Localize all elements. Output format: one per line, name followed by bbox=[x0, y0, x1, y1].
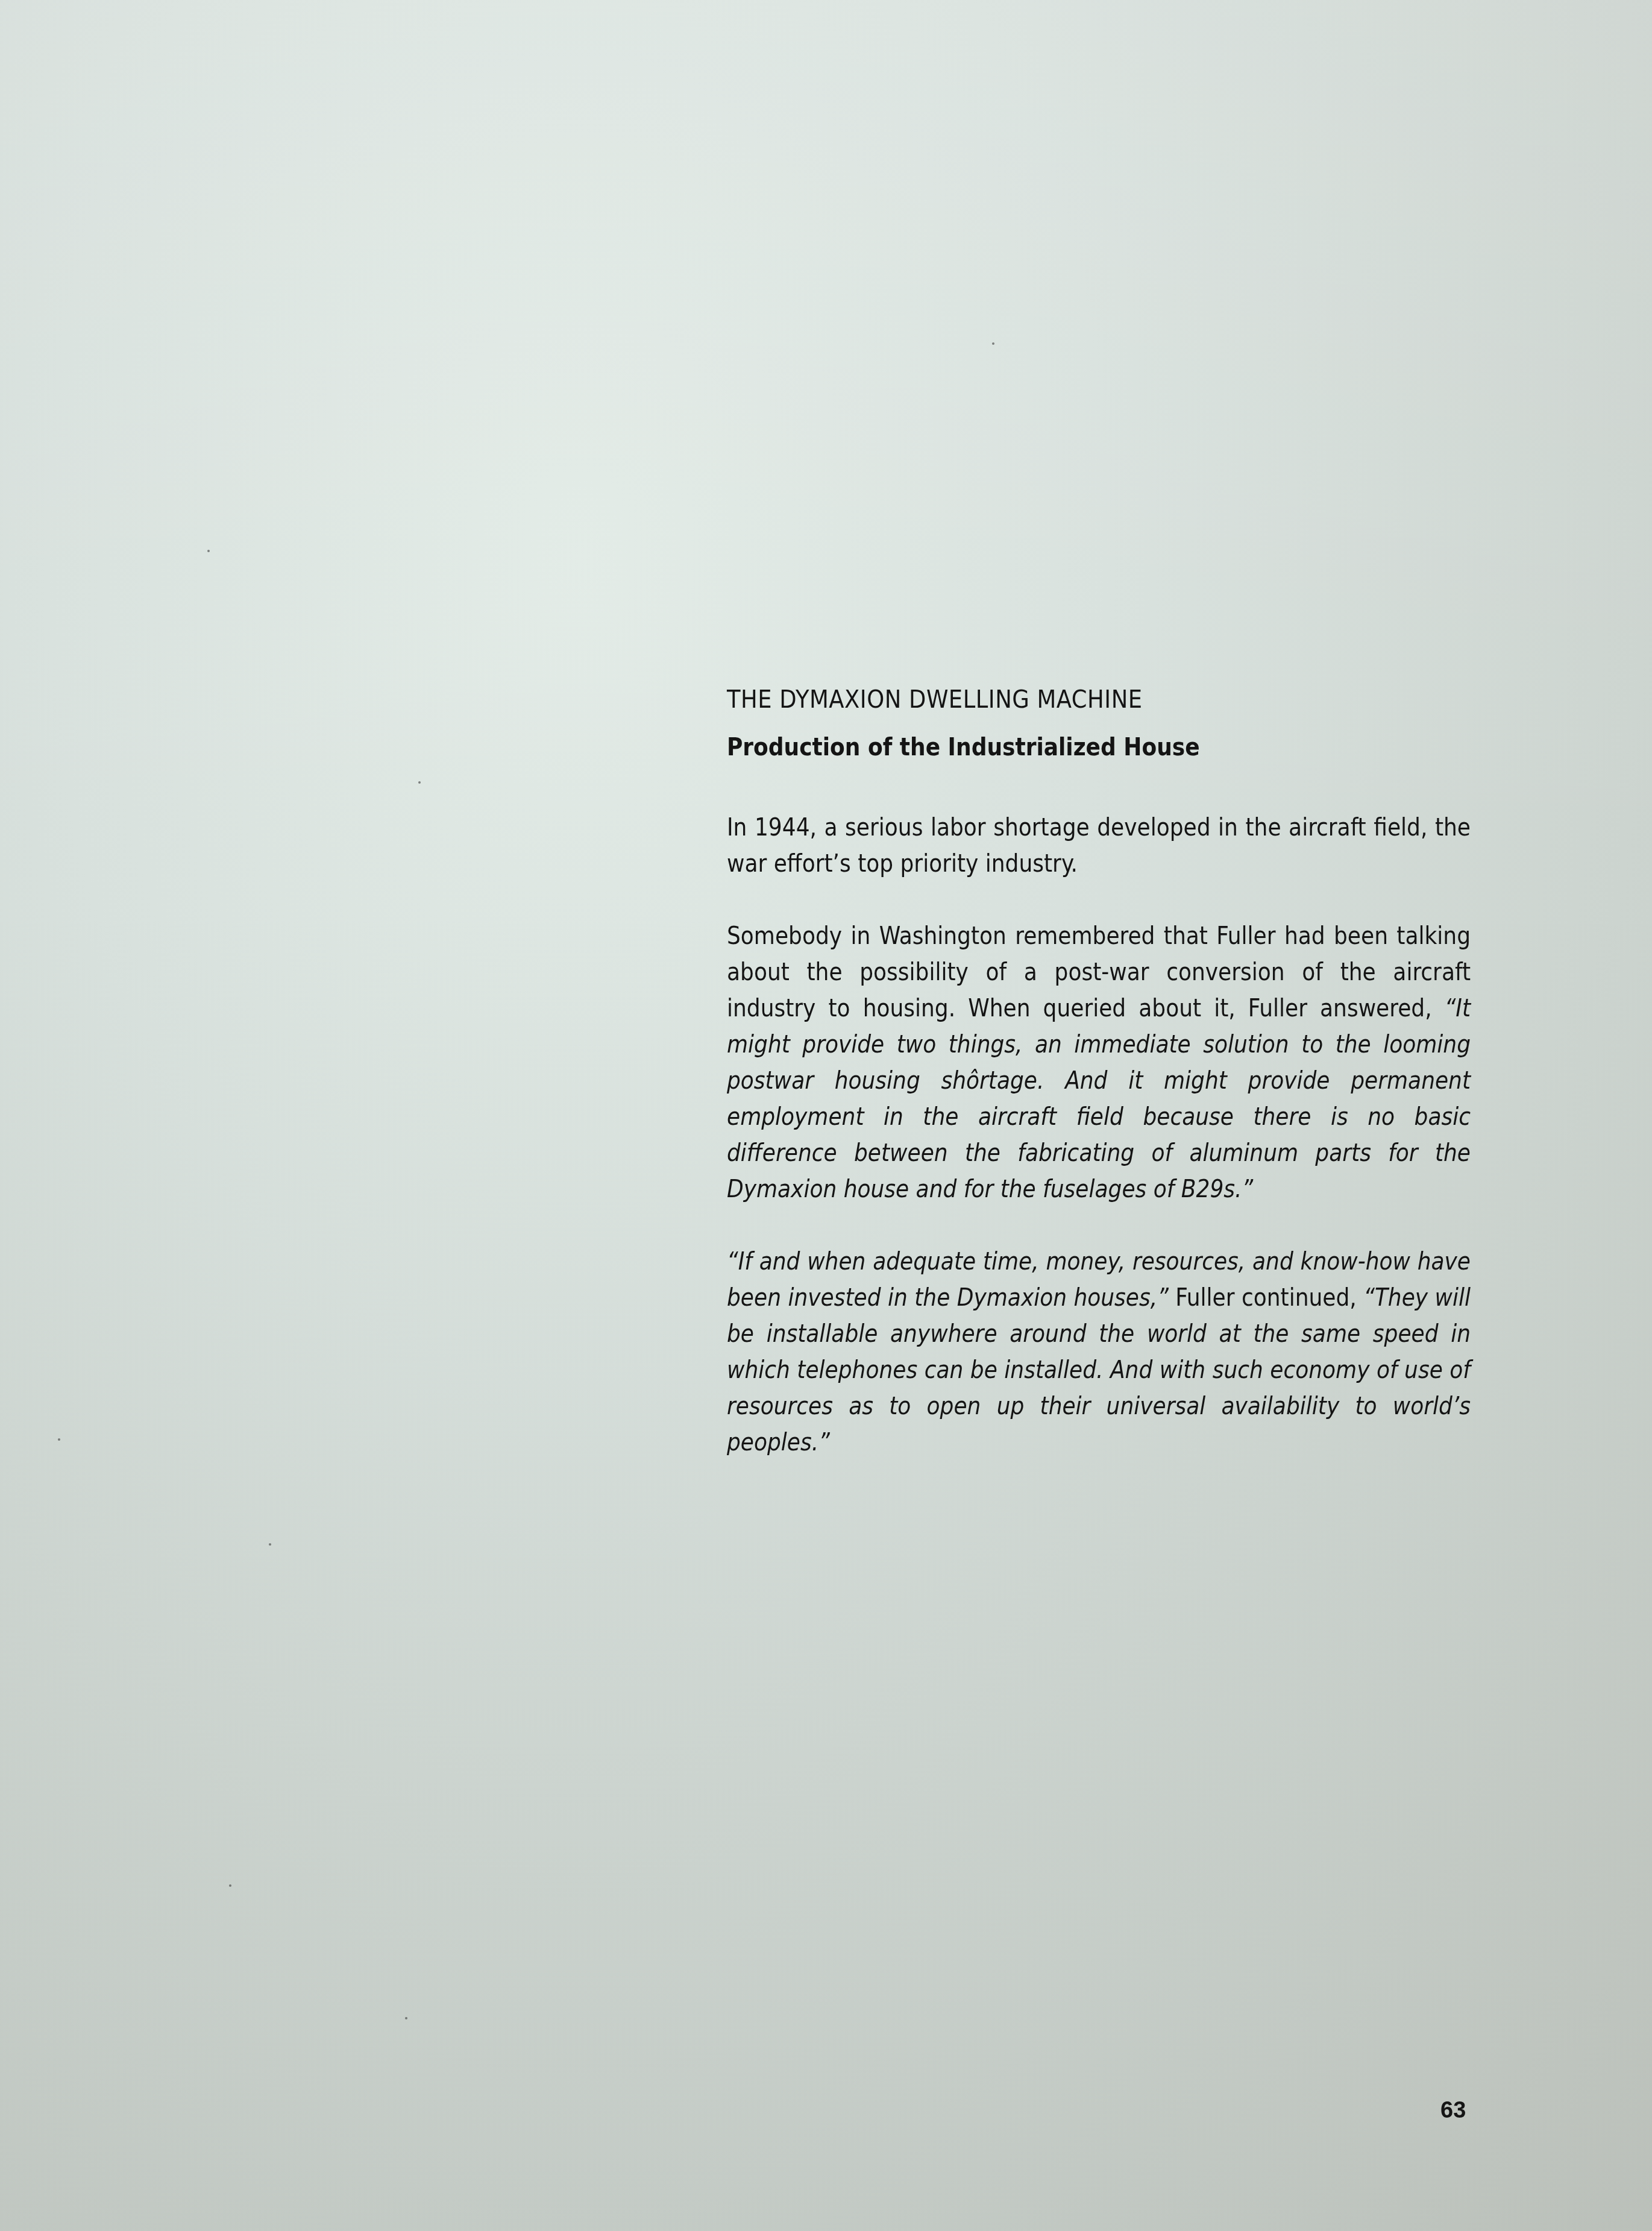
paragraph: Somebody in Washington remembered that F… bbox=[727, 918, 1471, 1207]
paper-speck bbox=[418, 781, 421, 784]
paragraph: “If and when adequate time, money, resou… bbox=[727, 1244, 1471, 1461]
paper-speck bbox=[405, 2017, 407, 2019]
paper-speck bbox=[992, 342, 994, 345]
body-text: Somebody in Washington remembered that F… bbox=[727, 922, 1471, 1022]
paper-speck bbox=[58, 1438, 60, 1441]
article: THE DYMAXION DWELLING MACHINE Production… bbox=[727, 684, 1471, 1497]
paper-speck bbox=[207, 550, 210, 552]
body-text: In 1944, a serious labor shortage develo… bbox=[727, 814, 1471, 878]
article-title: THE DYMAXION DWELLING MACHINE bbox=[727, 684, 1471, 714]
paper-speck bbox=[269, 1543, 271, 1546]
article-body: In 1944, a serious labor shortage develo… bbox=[727, 810, 1471, 1461]
page-number: 63 bbox=[1440, 2098, 1466, 2124]
paper-speck bbox=[229, 1884, 231, 1887]
article-subtitle: Production of the Industrialized House bbox=[727, 732, 1471, 763]
paragraph: In 1944, a serious labor shortage develo… bbox=[727, 810, 1471, 882]
body-text: Fuller continued, bbox=[1169, 1284, 1363, 1312]
quote-text: “It might provide two things, an immedia… bbox=[727, 995, 1471, 1203]
